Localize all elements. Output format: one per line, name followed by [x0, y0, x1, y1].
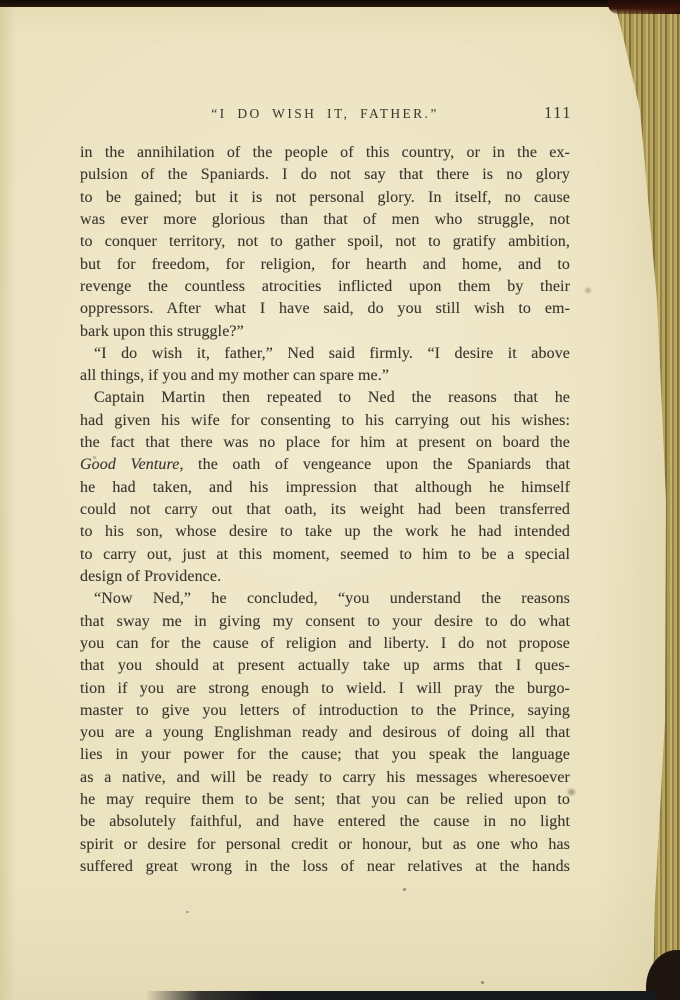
text-line: the fact that there was no place for him… — [80, 432, 570, 454]
text-line: to be gained; but it is not personal glo… — [80, 187, 570, 209]
text-line: could not carry out that oath, its weigh… — [80, 499, 570, 521]
text-line: “Now Ned,” he concluded, “you understand… — [80, 588, 570, 610]
dust-speck — [585, 288, 591, 293]
text-line: to carry out, just at this moment, seeme… — [80, 544, 570, 566]
text-line: had given his wife for consenting to his… — [80, 410, 570, 432]
text-line: master to give you letters of introducti… — [80, 700, 570, 722]
text-line: design of Providence. — [80, 566, 570, 588]
text-line: he may require them to be sent; that you… — [80, 789, 570, 811]
text-line: oppressors. After what I have said, do y… — [80, 298, 570, 320]
text-line: you can for the cause of religion and li… — [80, 633, 570, 655]
text-line: in the annihilation of the people of thi… — [80, 142, 570, 164]
text-line: as a native, and will be ready to carry … — [80, 767, 570, 789]
text-line: revenge the countless atrocities inflict… — [80, 276, 570, 298]
page-content: “I DO WISH IT, FATHER.” 111 in the annih… — [80, 106, 570, 878]
text-line: you are a young Englishman ready and des… — [80, 722, 570, 744]
dust-speck — [403, 888, 406, 891]
text-line: to conquer territory, not to gather spoi… — [80, 231, 570, 253]
text-line: suffered great wrong in the loss of near… — [80, 856, 570, 878]
text-line: was ever more glorious than that of men … — [80, 209, 570, 231]
scan-top-edge — [0, 0, 680, 7]
text-line: bark upon this struggle?” — [80, 321, 570, 343]
dust-speck — [481, 981, 484, 984]
text-line: “I do wish it, father,” Ned said firmly.… — [80, 343, 570, 365]
text-block: in the annihilation of the people of thi… — [80, 142, 570, 878]
text-line: spirit or desire for personal credit or … — [80, 834, 570, 856]
text-line: Good Venture, the oath of vengeance upon… — [80, 454, 570, 476]
text-line: be absolutely faithful, and have entered… — [80, 811, 570, 833]
book-page-edges — [610, 0, 680, 1000]
book-page-scan: “I DO WISH IT, FATHER.” 111 in the annih… — [0, 0, 680, 1000]
page-number: 111 — [544, 103, 572, 123]
text-line: pulsion of the Spaniards. I do not say t… — [80, 164, 570, 186]
dust-speck — [186, 911, 189, 913]
text-line: Captain Martin then repeated to Ned the … — [80, 387, 570, 409]
text-line: that you should at present actually take… — [80, 655, 570, 677]
text-line: all things, if you and my mother can spa… — [80, 365, 570, 387]
text-line: that sway me in giving my consent to you… — [80, 611, 570, 633]
dust-speck — [568, 789, 575, 795]
scan-bottom-edge — [145, 991, 656, 1000]
page-header: “I DO WISH IT, FATHER.” 111 — [80, 106, 570, 126]
running-title: “I DO WISH IT, FATHER.” — [80, 106, 570, 122]
text-line: to his son, whose desire to take up the … — [80, 521, 570, 543]
text-line: tion if you are strong enough to wield. … — [80, 678, 570, 700]
text-line: he had taken, and his impression that al… — [80, 477, 570, 499]
text-line: but for freedom, for religion, for heart… — [80, 254, 570, 276]
dust-speck — [93, 456, 96, 459]
text-line: lies in your power for the cause; that y… — [80, 744, 570, 766]
book-cover-corner-top — [608, 0, 680, 14]
